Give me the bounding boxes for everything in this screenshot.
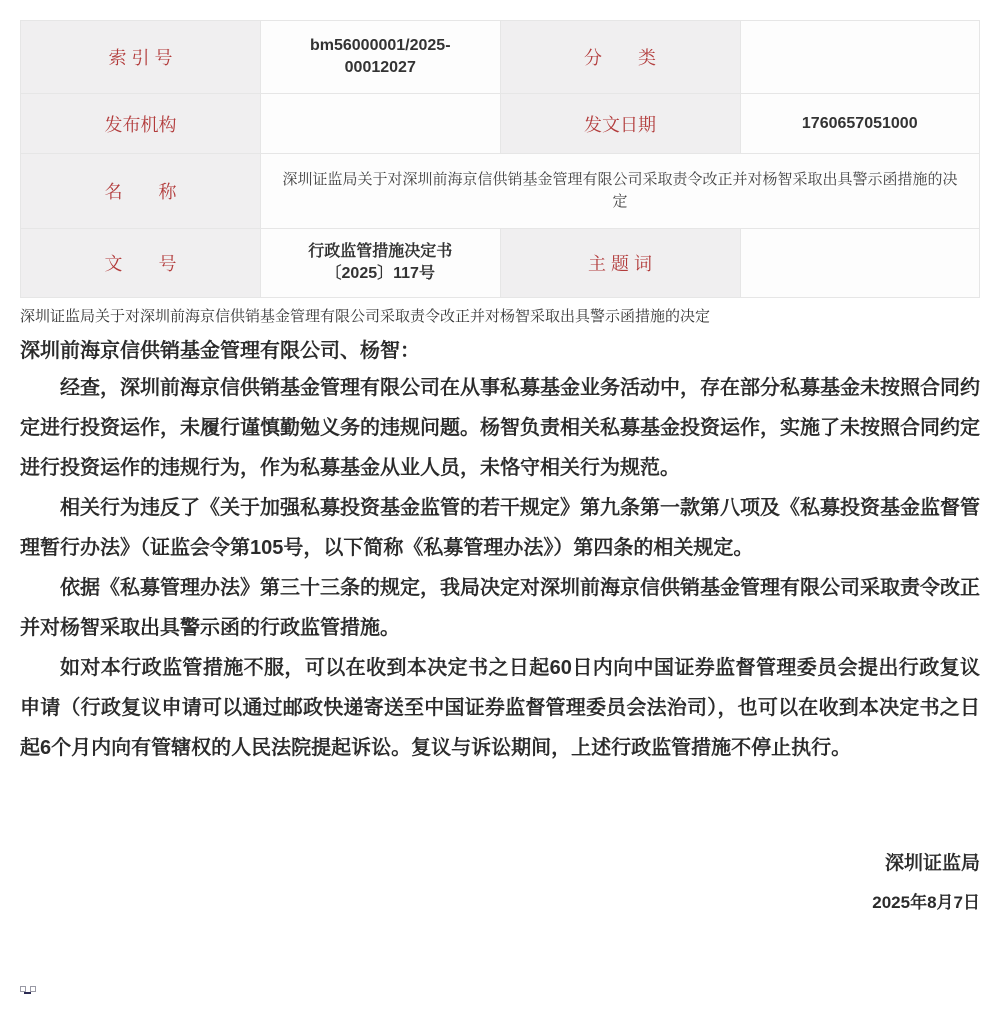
- document-page: 索 引 号 bm56000001/2025-00012027 分 类 发布机构 …: [0, 0, 1000, 1017]
- doc-name-value: 深圳证监局关于对深圳前海京信供销基金管理有限公司采取责令改正并对杨智采取出具警示…: [261, 154, 980, 229]
- paragraph-appeal-rights: 如对本行政监管措施不服，可以在收到本决定书之日起60日内向中国证券监督管理委员会…: [20, 648, 980, 768]
- index-number-value: bm56000001/2025-00012027: [261, 21, 501, 94]
- broken-image-bar: [24, 992, 31, 994]
- signature-block: 深圳证监局 2025年8月7日: [20, 852, 980, 914]
- paragraph-violations: 相关行为违反了《关于加强私募投资基金监管的若干规定》第九条第一款第八项及《私募投…: [20, 488, 980, 568]
- document-meta-table: 索 引 号 bm56000001/2025-00012027 分 类 发布机构 …: [20, 20, 980, 298]
- doc-name-label: 名 称: [21, 154, 261, 229]
- table-row: 发布机构 发文日期 1760657051000: [21, 94, 980, 154]
- issue-date-label: 发文日期: [500, 94, 740, 154]
- doc-number-value: 行政监管措施决定书〔2025〕117号: [261, 229, 501, 298]
- signer-name: 深圳证监局: [20, 852, 980, 876]
- issuer-label: 发布机构: [21, 94, 261, 154]
- index-number-label: 索 引 号: [21, 21, 261, 94]
- paragraph-findings: 经查，深圳前海京信供销基金管理有限公司在从事私募基金业务活动中，存在部分私募基金…: [20, 368, 980, 488]
- table-row: 文 号 行政监管措施决定书〔2025〕117号 主 题 词: [21, 229, 980, 298]
- doc-number-label: 文 号: [21, 229, 261, 298]
- paragraph-decision: 依据《私募管理办法》第三十三条的规定，我局决定对深圳前海京信供销基金管理有限公司…: [20, 568, 980, 648]
- document-body: 深圳证监局关于对深圳前海京信供销基金管理有限公司采取责令改正并对杨智采取出具警示…: [20, 306, 980, 914]
- subject-words-value: [740, 229, 980, 298]
- document-title: 深圳证监局关于对深圳前海京信供销基金管理有限公司采取责令改正并对杨智采取出具警示…: [20, 306, 980, 328]
- broken-image-icon: [20, 986, 38, 995]
- broken-image-square-right: [30, 986, 36, 992]
- signature-date: 2025年8月7日: [20, 892, 980, 914]
- category-value: [740, 21, 980, 94]
- subject-words-label: 主 题 词: [500, 229, 740, 298]
- table-row: 名 称 深圳证监局关于对深圳前海京信供销基金管理有限公司采取责令改正并对杨智采取…: [21, 154, 980, 229]
- category-label: 分 类: [500, 21, 740, 94]
- issue-date-value: 1760657051000: [740, 94, 980, 154]
- table-row: 索 引 号 bm56000001/2025-00012027 分 类: [21, 21, 980, 94]
- salutation: 深圳前海京信供销基金管理有限公司、杨智：: [20, 334, 980, 368]
- issuer-value: [261, 94, 501, 154]
